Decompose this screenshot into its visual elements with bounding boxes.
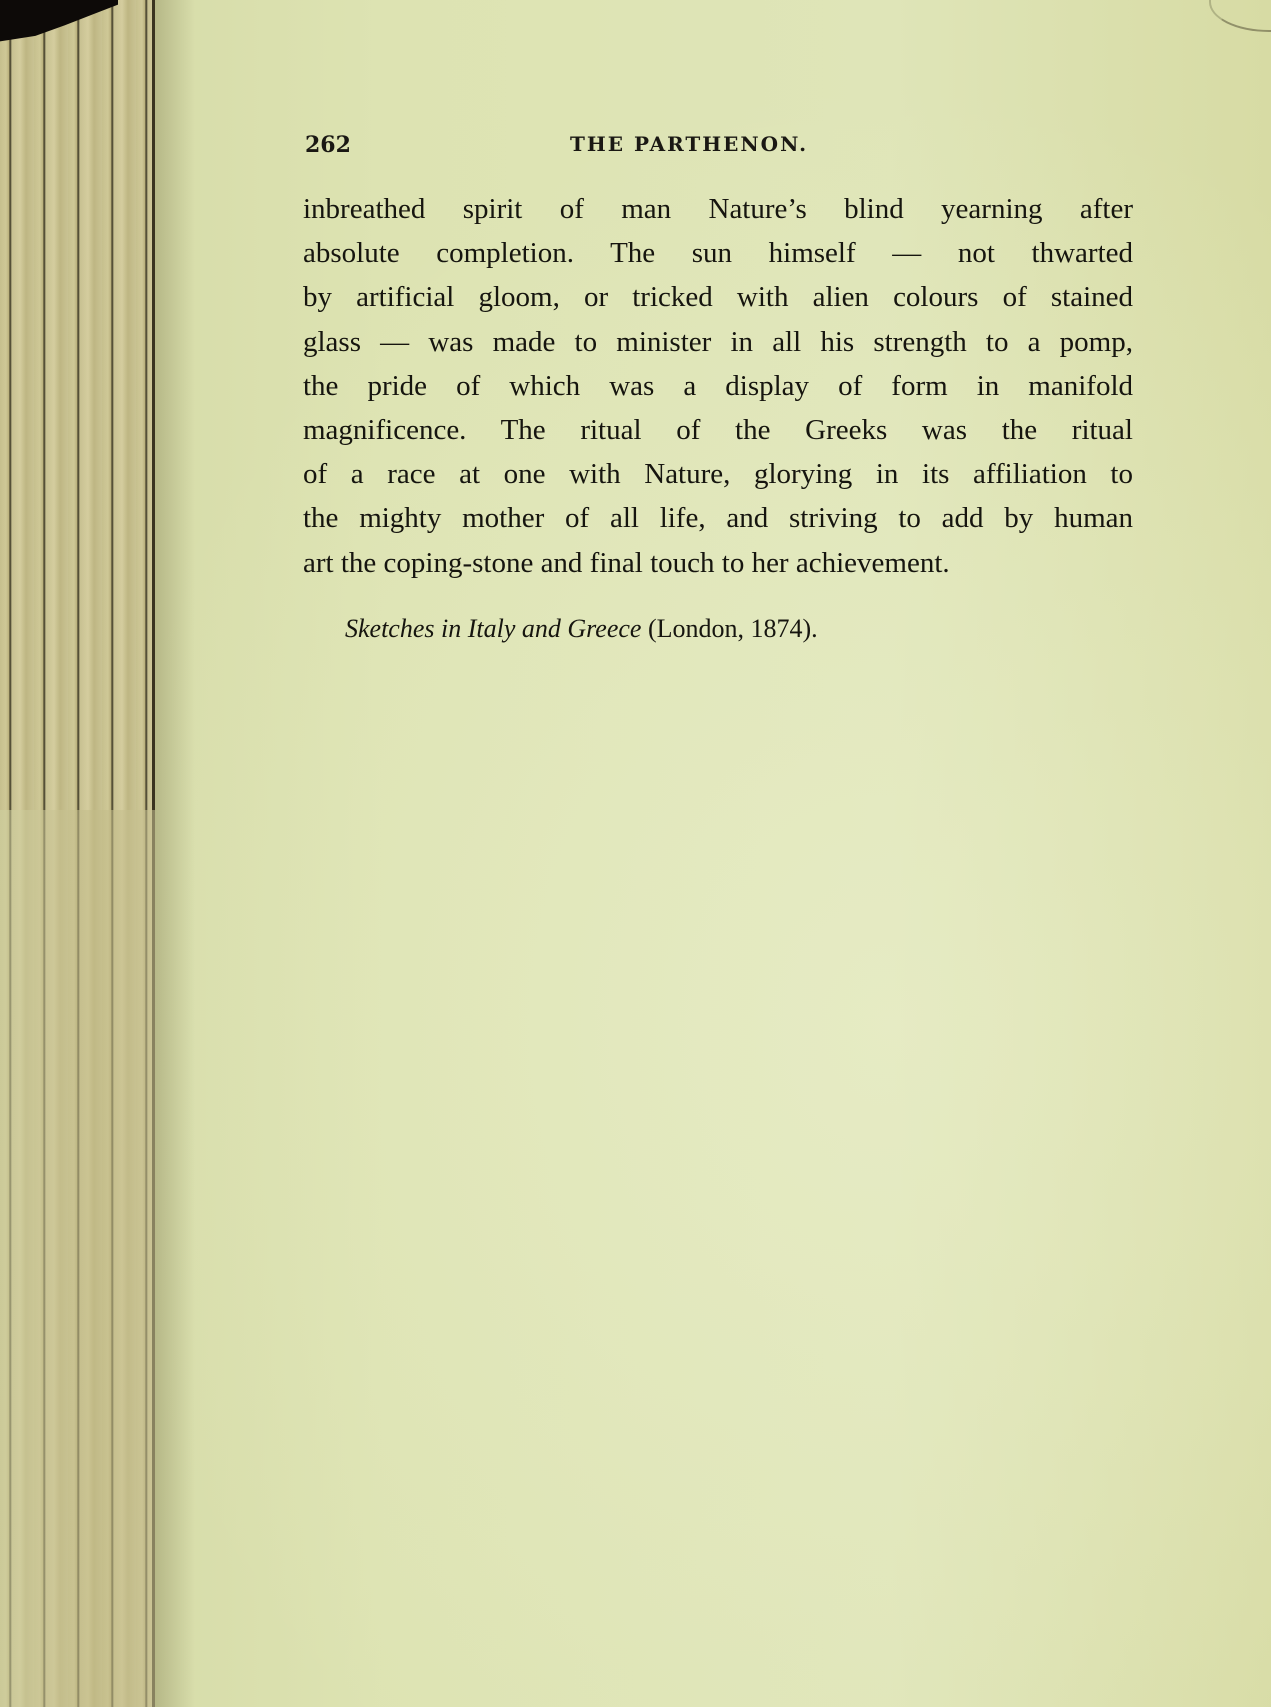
page-number: 262 — [305, 132, 351, 158]
citation-title: Sketches in Italy and Greece — [345, 614, 641, 643]
text-line: the mighty mother of all life, and striv… — [303, 496, 1133, 540]
text-line: the pride of which was a display of form… — [303, 364, 1133, 408]
text-line: of a race at one with Nature, glorying i… — [303, 452, 1133, 496]
text-line: inbreathed spirit of man Nature’s blind … — [303, 187, 1133, 231]
text-line: absolute completion. The sun himself — n… — [303, 231, 1133, 275]
source-citation: Sketches in Italy and Greece (London, 18… — [345, 614, 1045, 644]
citation-details: (London, 1874). — [641, 614, 817, 643]
text-line: art the coping-stone and final touch to … — [303, 541, 1133, 585]
gutter-shadow — [155, 0, 195, 1707]
book-page-edges — [0, 0, 155, 1707]
body-paragraph: inbreathed spirit of man Nature’s blind … — [303, 187, 1133, 585]
text-line: glass — was made to minister in all his … — [303, 320, 1133, 364]
page-header: 262 THE PARTHENON. — [305, 132, 1025, 168]
text-line: magnificence. The ritual of the Greeks w… — [303, 408, 1133, 452]
text-line: by artificial gloom, or tricked with ali… — [303, 275, 1133, 319]
running-title: THE PARTHENON. — [570, 132, 808, 156]
